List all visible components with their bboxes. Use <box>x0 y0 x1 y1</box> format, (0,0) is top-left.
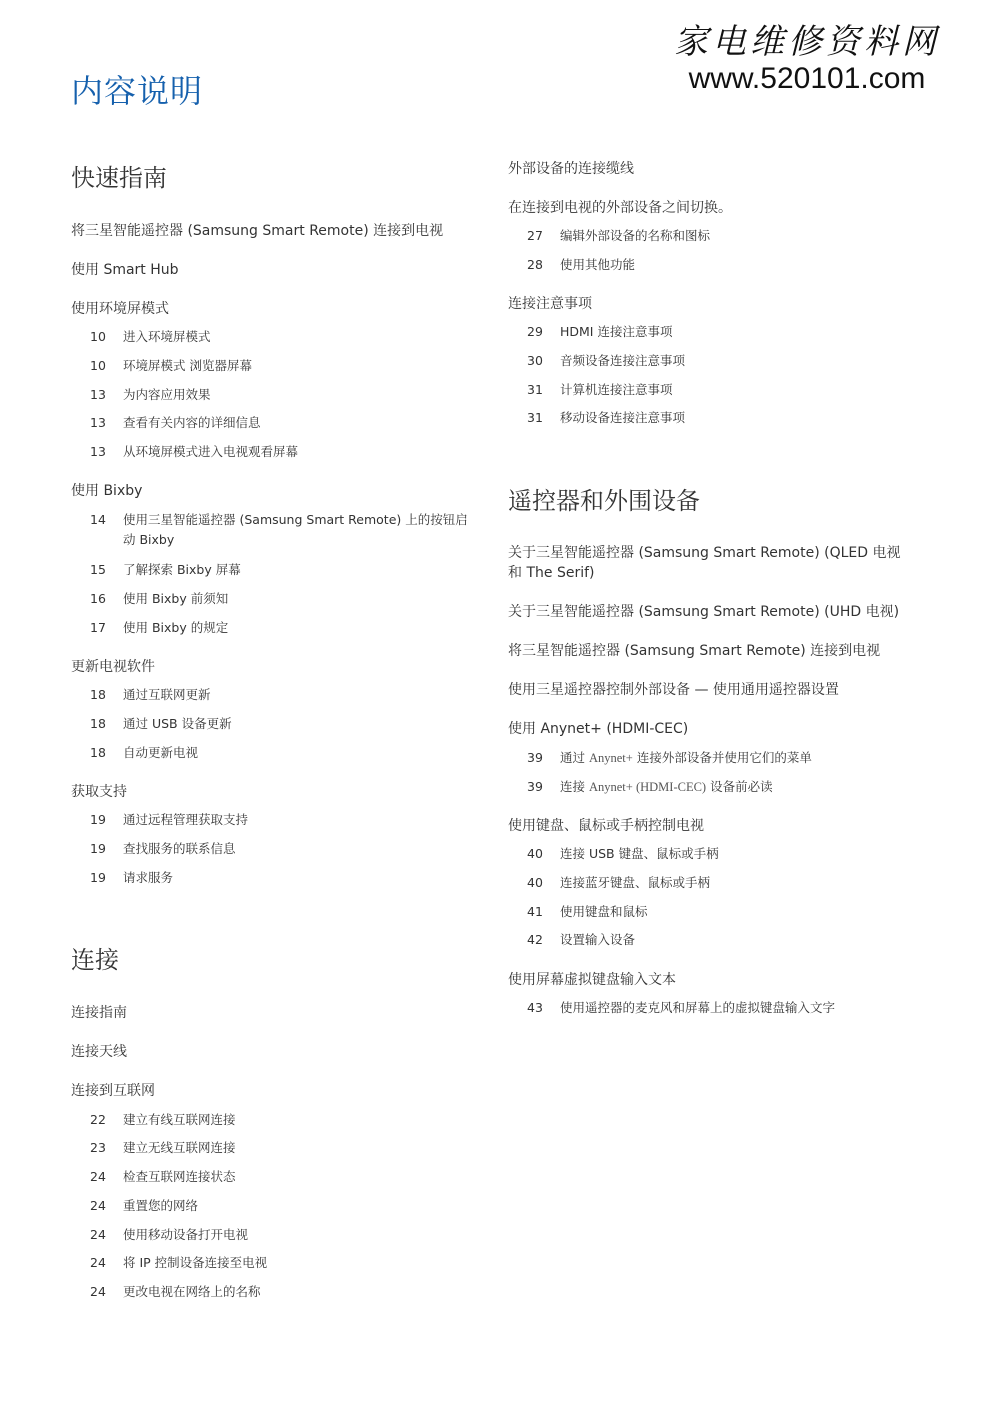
label-part: Anynet+ (HDMI-CEC) <box>589 780 706 794</box>
toc-subentry[interactable]: 24更改电视在网络上的名称 <box>71 1282 478 1302</box>
section-title-connection: 连接 <box>71 940 119 975</box>
subentry-label: 自动更新电视 <box>123 743 478 763</box>
page-number: 42 <box>527 930 560 950</box>
page-number: 27 <box>527 226 560 246</box>
subentry-label: 使用键盘和鼠标 <box>560 902 915 922</box>
toc-subentry[interactable]: 24重置您的网络 <box>71 1196 478 1216</box>
toc-subentry[interactable]: 13从环境屏模式进入电视观看屏幕 <box>71 442 478 462</box>
subentry-label: 使用其他功能 <box>560 255 915 275</box>
toc-entry[interactable]: 更新电视软件 <box>71 657 155 677</box>
watermark-url: www.520101.com <box>662 62 952 96</box>
page-number: 10 <box>90 356 123 376</box>
page-number: 24 <box>90 1167 123 1187</box>
subentry-label: 移动设备连接注意事项 <box>560 408 915 428</box>
subentry-label: 设置输入设备 <box>560 930 915 950</box>
subentry-label: 通过 Anynet+ 连接外部设备并使用它们的菜单 <box>560 748 915 768</box>
subentry-label: 请求服务 <box>123 868 478 888</box>
toc-subentry[interactable]: 18通过 USB 设备更新 <box>71 714 478 734</box>
subentry-label: 使用移动设备打开电视 <box>123 1225 478 1245</box>
toc-entry[interactable]: 获取支持 <box>71 782 127 802</box>
subentry-label: 查看有关内容的详细信息 <box>123 413 478 433</box>
subentry-label: 查找服务的联系信息 <box>123 839 478 859</box>
page-number: 39 <box>527 777 560 797</box>
watermark-logo: 家电维修资料网 www.520101.com <box>662 22 952 96</box>
toc-subentry[interactable]: 17使用 Bixby 的规定 <box>71 618 478 638</box>
subentry-label: 环境屏模式 浏览器屏幕 <box>123 356 478 376</box>
page-number: 40 <box>527 873 560 893</box>
page-number: 24 <box>90 1225 123 1245</box>
page-number: 40 <box>527 844 560 864</box>
toc-subentry[interactable]: 10环境屏模式 浏览器屏幕 <box>71 356 478 376</box>
section-title-quick-guide: 快速指南 <box>71 158 167 193</box>
subentry-label: 使用 Bixby 前须知 <box>123 589 478 609</box>
page-number: 16 <box>90 589 123 609</box>
toc-subentry[interactable]: 24检查互联网连接状态 <box>71 1167 478 1187</box>
subentry-label: 进入环境屏模式 <box>123 327 478 347</box>
subentry-label: 更改电视在网络上的名称 <box>123 1282 478 1302</box>
page-number: 18 <box>90 714 123 734</box>
toc-subentry[interactable]: 10进入环境屏模式 <box>71 327 478 347</box>
subentry-label: HDMI 连接注意事项 <box>560 322 915 342</box>
page-number: 14 <box>90 510 123 550</box>
subentry-label: 建立有线互联网连接 <box>123 1110 478 1130</box>
page-number: 31 <box>527 408 560 428</box>
watermark-name: 家电维修资料网 <box>662 22 952 62</box>
label-part: 通过 <box>560 750 589 765</box>
page-number: 30 <box>527 351 560 371</box>
subentry-label: 计算机连接注意事项 <box>560 380 915 400</box>
toc-entry[interactable]: 在连接到电视的外部设备之间切换。 <box>508 198 732 218</box>
page-number: 24 <box>90 1282 123 1302</box>
subentry-label: 使用三星智能遥控器 (Samsung Smart Remote) 上的按钮启动 … <box>123 510 478 550</box>
page-number: 19 <box>90 868 123 888</box>
toc-entry[interactable]: 连接到互联网 <box>71 1081 155 1101</box>
page-number: 43 <box>527 998 560 1018</box>
toc-entry[interactable]: 连接天线 <box>71 1042 127 1062</box>
toc-subentry[interactable]: 18自动更新电视 <box>71 743 478 763</box>
page-number: 24 <box>90 1196 123 1216</box>
label-part: 连接 <box>560 779 589 794</box>
section-title-remote-peripherals: 遥控器和外围设备 <box>508 481 700 516</box>
subentry-label: 连接蓝牙键盘、鼠标或手柄 <box>560 873 915 893</box>
toc-subentry[interactable]: 40连接 USB 键盘、鼠标或手柄 <box>508 844 915 864</box>
page-number: 13 <box>90 413 123 433</box>
toc-entry[interactable]: 关于三星智能遥控器 (Samsung Smart Remote) (UHD 电视… <box>508 602 899 622</box>
toc-subentry[interactable]: 30音频设备连接注意事项 <box>508 351 915 371</box>
page-number: 13 <box>90 385 123 405</box>
subentry-label: 音频设备连接注意事项 <box>560 351 915 371</box>
subentry-label: 使用 Bixby 的规定 <box>123 618 478 638</box>
toc-subentry[interactable]: 13为内容应用效果 <box>71 385 478 405</box>
page-number: 23 <box>90 1138 123 1158</box>
page-number: 19 <box>90 810 123 830</box>
toc-subentry[interactable]: 31计算机连接注意事项 <box>508 380 915 400</box>
subentry-label: 从环境屏模式进入电视观看屏幕 <box>123 442 478 462</box>
toc-subentry[interactable]: 19查找服务的联系信息 <box>71 839 478 859</box>
page-number: 31 <box>527 380 560 400</box>
page-number: 24 <box>90 1253 123 1273</box>
subentry-label: 通过互联网更新 <box>123 685 478 705</box>
label-part: 设备前必读 <box>706 779 772 794</box>
page-number: 17 <box>90 618 123 638</box>
toc-entry[interactable]: 使用 Smart Hub <box>71 260 179 280</box>
toc-subentry[interactable]: 14使用三星智能遥控器 (Samsung Smart Remote) 上的按钮启… <box>71 510 478 550</box>
subentry-label: 通过远程管理获取支持 <box>123 810 478 830</box>
page-number: 13 <box>90 442 123 462</box>
page-number: 18 <box>90 685 123 705</box>
page-number: 39 <box>527 748 560 768</box>
subentry-label: 通过 USB 设备更新 <box>123 714 478 734</box>
page-number: 10 <box>90 327 123 347</box>
page-number: 22 <box>90 1110 123 1130</box>
toc-subentry[interactable]: 19请求服务 <box>71 868 478 888</box>
toc-subentry[interactable]: 43使用遥控器的麦克风和屏幕上的虚拟键盘输入文字 <box>508 998 915 1018</box>
subentry-label: 建立无线互联网连接 <box>123 1138 478 1158</box>
toc-entry[interactable]: 关于三星智能遥控器 (Samsung Smart Remote) (QLED 电… <box>508 543 908 583</box>
toc-entry[interactable]: 使用环境屏模式 <box>71 299 169 319</box>
subentry-label: 将 IP 控制设备连接至电视 <box>123 1253 478 1273</box>
toc-subentry[interactable]: 39连接 Anynet+ (HDMI-CEC) 设备前必读 <box>508 777 915 797</box>
subentry-label: 重置您的网络 <box>123 1196 478 1216</box>
subentry-label: 编辑外部设备的名称和图标 <box>560 226 915 246</box>
toc-entry[interactable]: 连接注意事项 <box>508 294 592 314</box>
label-part: Anynet+ <box>589 751 633 765</box>
toc-subentry[interactable]: 24使用移动设备打开电视 <box>71 1225 478 1245</box>
toc-entry[interactable]: 外部设备的连接缆线 <box>508 159 634 179</box>
toc-entry[interactable]: 使用 Anynet+ (HDMI-CEC) <box>508 719 688 739</box>
toc-entry[interactable]: 使用屏幕虚拟键盘输入文本 <box>508 970 676 990</box>
toc-subentry[interactable]: 39通过 Anynet+ 连接外部设备并使用它们的菜单 <box>508 748 915 768</box>
toc-entry[interactable]: 将三星智能遥控器 (Samsung Smart Remote) 连接到电视 <box>508 641 880 661</box>
toc-subentry[interactable]: 24将 IP 控制设备连接至电视 <box>71 1253 478 1273</box>
toc-subentry[interactable]: 40连接蓝牙键盘、鼠标或手柄 <box>508 873 915 893</box>
toc-subentry[interactable]: 31移动设备连接注意事项 <box>508 408 915 428</box>
toc-subentry[interactable]: 18通过互联网更新 <box>71 685 478 705</box>
toc-subentry[interactable]: 22建立有线互联网连接 <box>71 1110 478 1130</box>
toc-subentry[interactable]: 27编辑外部设备的名称和图标 <box>508 226 915 246</box>
toc-entry[interactable]: 使用键盘、鼠标或手柄控制电视 <box>508 816 704 836</box>
toc-entry[interactable]: 连接指南 <box>71 1003 127 1023</box>
toc-subentry[interactable]: 29HDMI 连接注意事项 <box>508 322 915 342</box>
toc-subentry[interactable]: 41使用键盘和鼠标 <box>508 902 915 922</box>
toc-entry[interactable]: 使用三星遥控器控制外部设备 — 使用通用遥控器设置 <box>508 680 839 700</box>
toc-subentry[interactable]: 15了解探索 Bixby 屏幕 <box>71 560 478 580</box>
page-number: 19 <box>90 839 123 859</box>
page-number: 28 <box>527 255 560 275</box>
toc-entry[interactable]: 将三星智能遥控器 (Samsung Smart Remote) 连接到电视 <box>71 221 443 241</box>
toc-subentry[interactable]: 13查看有关内容的详细信息 <box>71 413 478 433</box>
page-number: 18 <box>90 743 123 763</box>
toc-subentry[interactable]: 16使用 Bixby 前须知 <box>71 589 478 609</box>
page-number: 29 <box>527 322 560 342</box>
subentry-label: 为内容应用效果 <box>123 385 478 405</box>
subentry-label: 使用遥控器的麦克风和屏幕上的虚拟键盘输入文字 <box>560 998 915 1018</box>
label-part: 连接外部设备并使用它们的菜单 <box>633 750 812 765</box>
subentry-label: 检查互联网连接状态 <box>123 1167 478 1187</box>
toc-subentry[interactable]: 42设置输入设备 <box>508 930 915 950</box>
subentry-label: 了解探索 Bixby 屏幕 <box>123 560 478 580</box>
toc-subentry[interactable]: 19通过远程管理获取支持 <box>71 810 478 830</box>
page-number: 41 <box>527 902 560 922</box>
toc-subentry[interactable]: 28使用其他功能 <box>508 255 915 275</box>
page-title: 内容说明 <box>71 66 203 112</box>
toc-subentry[interactable]: 23建立无线互联网连接 <box>71 1138 478 1158</box>
toc-entry[interactable]: 使用 Bixby <box>71 481 142 501</box>
page-number: 15 <box>90 560 123 580</box>
subentry-label: 连接 Anynet+ (HDMI-CEC) 设备前必读 <box>560 777 915 797</box>
subentry-label: 连接 USB 键盘、鼠标或手柄 <box>560 844 915 864</box>
